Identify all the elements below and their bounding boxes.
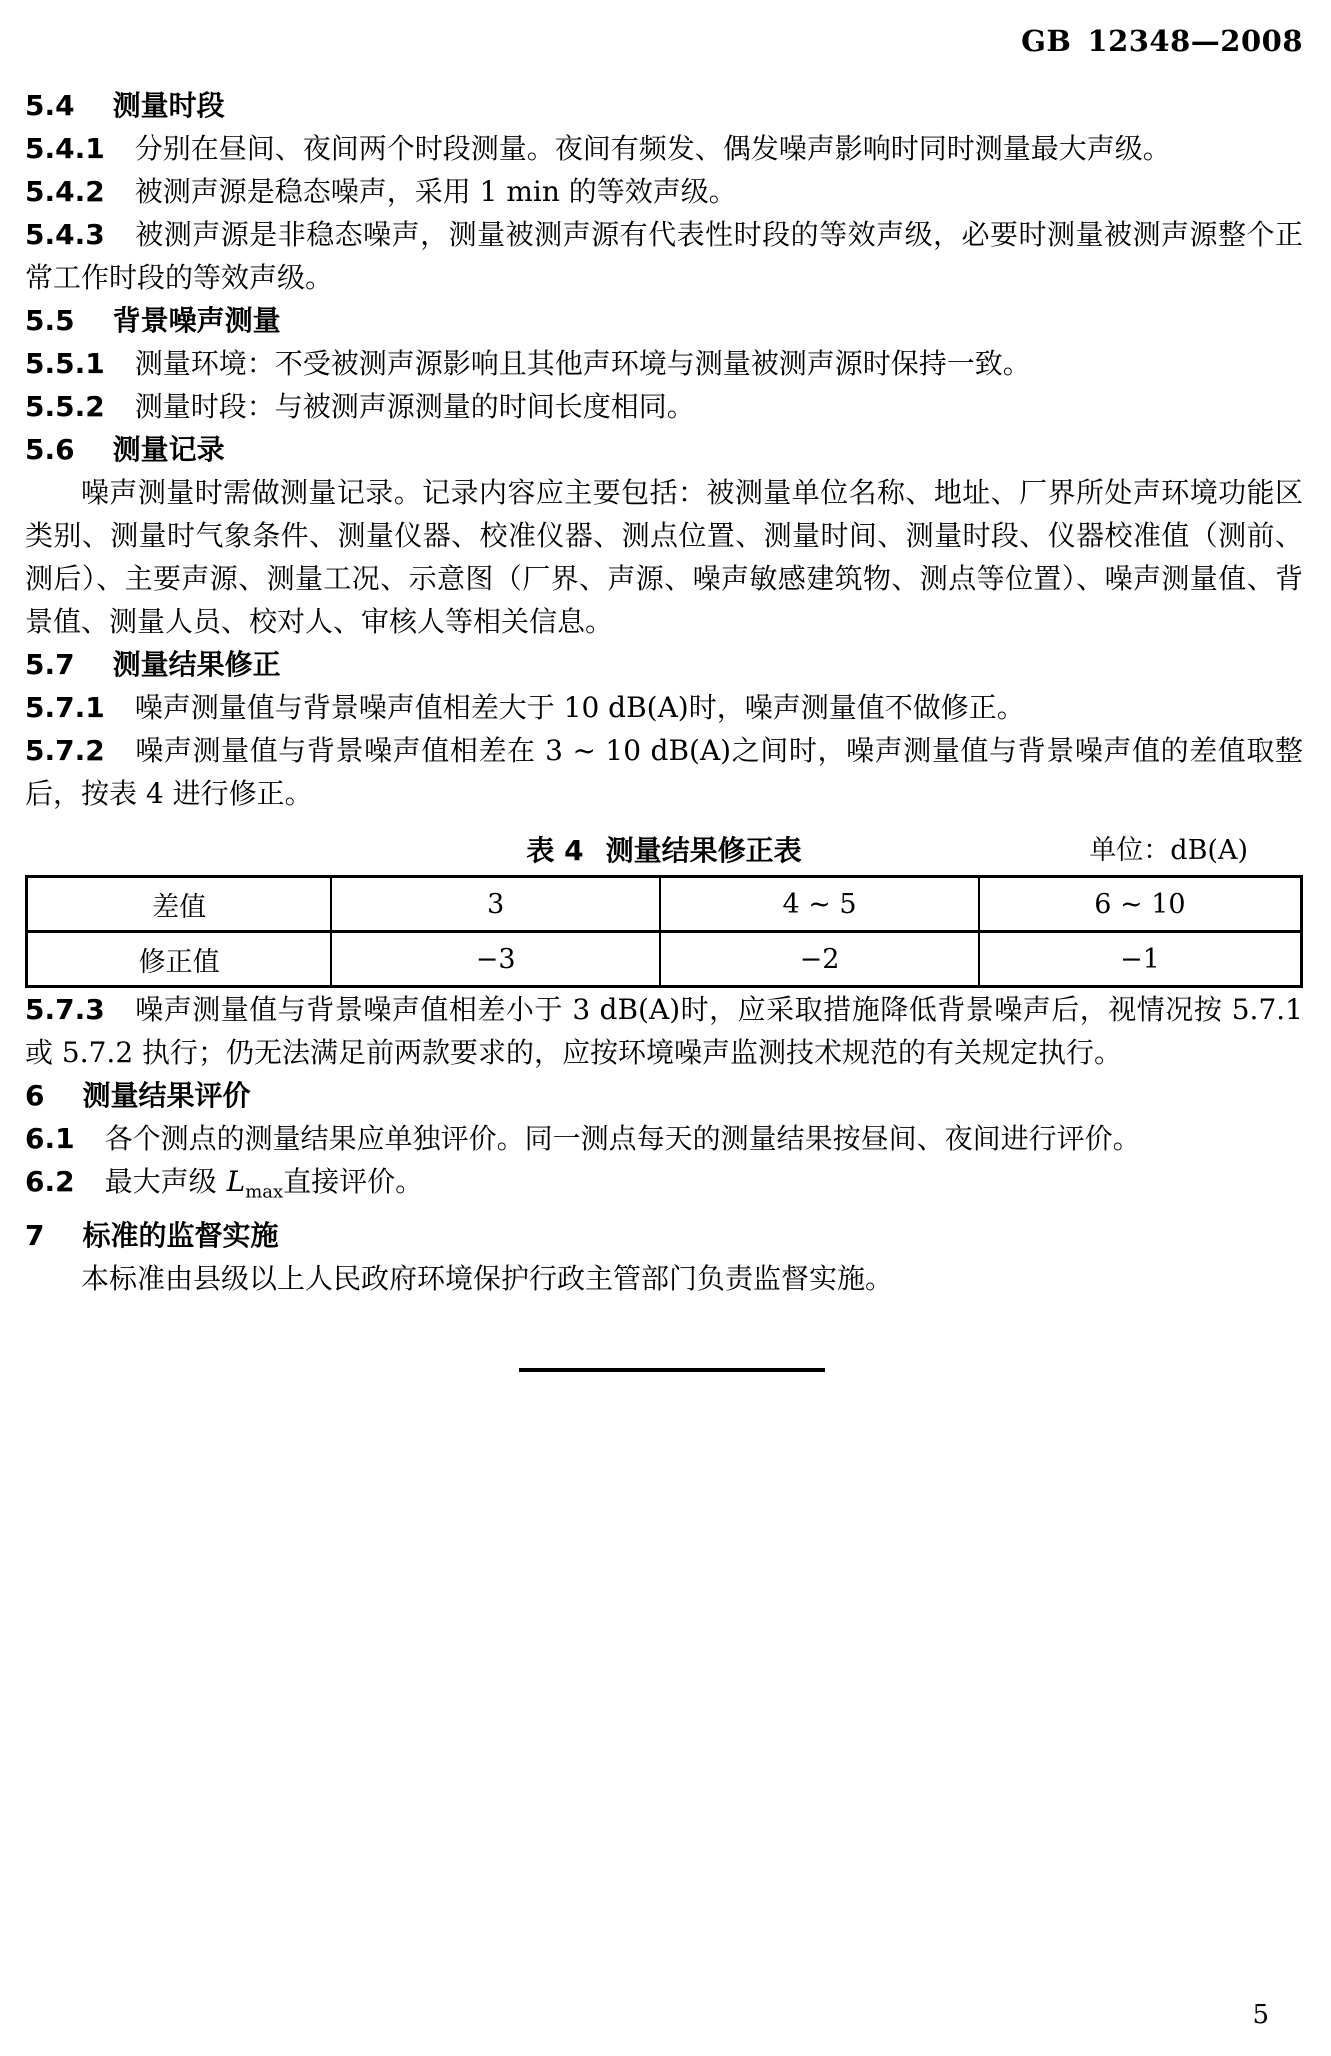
table-cell: 4 ~ 5 xyxy=(660,877,979,932)
clause-text: 测量时段：与被测声源测量的时间长度相同。 xyxy=(135,390,695,423)
table-cell: −3 xyxy=(331,932,660,987)
clause-5-7-2: 5.7.2噪声测量值与背景噪声值相差在 3 ~ 10 dB(A)之间时，噪声测量… xyxy=(25,729,1303,815)
end-of-document-rule xyxy=(519,1368,825,1372)
section-number: 5.4 xyxy=(25,89,75,122)
table-row: 修正值 −3 −2 −1 xyxy=(27,932,1302,987)
document-page: GB12348—2008 5.4测量时段 5.4.1分别在昼间、夜间两个时段测量… xyxy=(0,0,1331,2056)
document-body: 5.4测量时段 5.4.1分别在昼间、夜间两个时段测量。夜间有频发、偶发噪声影响… xyxy=(25,84,1303,1372)
section-number: 5.5 xyxy=(25,304,75,337)
section-heading-5-4: 5.4测量时段 xyxy=(25,84,1303,127)
clause-6-1: 6.1各个测点的测量结果应单独评价。同一测点每天的测量结果按昼间、夜间进行评价。 xyxy=(25,1117,1303,1160)
level-symbol-subscript: max xyxy=(245,1182,283,1203)
standard-code-number: 12348—2008 xyxy=(1087,24,1303,58)
chapter-number: 7 xyxy=(25,1219,44,1252)
section-heading-5-5: 5.5背景噪声测量 xyxy=(25,299,1303,342)
paragraph-7: 本标准由县级以上人民政府环境保护行政主管部门负责监督实施。 xyxy=(25,1257,1303,1300)
clause-number: 5.7.2 xyxy=(25,734,105,767)
clause-number: 5.5.2 xyxy=(25,390,105,423)
chapter-heading-6: 6测量结果评价 xyxy=(25,1074,1303,1117)
clause-number: 5.7.1 xyxy=(25,691,105,724)
clause-5-4-2: 5.4.2被测声源是稳态噪声，采用 1 min 的等效声级。 xyxy=(25,170,1303,213)
section-title: 背景噪声测量 xyxy=(113,304,281,337)
standard-code-header: GB12348—2008 xyxy=(1021,24,1303,58)
clause-5-7-3: 5.7.3噪声测量值与背景噪声值相差小于 3 dB(A)时，应采取措施降低背景噪… xyxy=(25,988,1303,1074)
clause-number: 6.2 xyxy=(25,1165,75,1198)
chapter-number: 6 xyxy=(25,1079,44,1112)
clause-text: 最大声级 xyxy=(105,1165,217,1198)
clause-number: 5.4.1 xyxy=(25,132,105,165)
clause-number: 6.1 xyxy=(25,1122,75,1155)
chapter-heading-7: 7标准的监督实施 xyxy=(25,1214,1303,1257)
table-4-unit-label: 单位：dB(A) xyxy=(1089,829,1248,872)
table-row: 差值 3 4 ~ 5 6 ~ 10 xyxy=(27,877,1302,932)
table-cell: −2 xyxy=(660,932,979,987)
clause-5-4-3: 5.4.3被测声源是非稳态噪声，测量被测声源有代表性时段的等效声级，必要时测量被… xyxy=(25,213,1303,299)
clause-number: 5.7.3 xyxy=(25,993,105,1026)
section-title: 测量结果修正 xyxy=(113,648,281,681)
clause-number: 5.5.1 xyxy=(25,347,105,380)
chapter-title: 标准的监督实施 xyxy=(82,1219,278,1252)
clause-number: 5.4.2 xyxy=(25,175,105,208)
clause-text: 直接评价。 xyxy=(283,1165,423,1198)
section-title: 测量记录 xyxy=(113,433,225,466)
clause-text: 被测声源是稳态噪声，采用 1 min 的等效声级。 xyxy=(135,175,737,208)
clause-5-4-1: 5.4.1分别在昼间、夜间两个时段测量。夜间有频发、偶发噪声影响时同时测量最大声… xyxy=(25,127,1303,170)
section-number: 5.6 xyxy=(25,433,75,466)
table-cell: 6 ~ 10 xyxy=(979,877,1302,932)
clause-5-5-1: 5.5.1测量环境：不受被测声源影响且其他声环境与测量被测声源时保持一致。 xyxy=(25,342,1303,385)
clause-text: 被测声源是非稳态噪声，测量被测声源有代表性时段的等效声级，必要时测量被测声源整个… xyxy=(25,218,1303,294)
section-heading-5-6: 5.6测量记录 xyxy=(25,428,1303,471)
section-title: 测量时段 xyxy=(113,89,225,122)
table-4: 差值 3 4 ~ 5 6 ~ 10 修正值 −3 −2 −1 xyxy=(25,875,1303,988)
standard-code-prefix: GB xyxy=(1021,24,1071,58)
chapter-title: 测量结果评价 xyxy=(82,1079,250,1112)
page-number: 5 xyxy=(1252,2000,1269,2030)
table-4-caption-label: 表 4 xyxy=(526,834,583,867)
clause-5-5-2: 5.5.2测量时段：与被测声源测量的时间长度相同。 xyxy=(25,385,1303,428)
clause-text: 分别在昼间、夜间两个时段测量。夜间有频发、偶发噪声影响时同时测量最大声级。 xyxy=(135,132,1171,165)
table-cell-row-label: 修正值 xyxy=(27,932,332,987)
clause-text: 测量环境：不受被测声源影响且其他声环境与测量被测声源时保持一致。 xyxy=(135,347,1031,380)
table-4-caption-row: 表 4测量结果修正表 单位：dB(A) xyxy=(25,829,1303,872)
clause-text: 噪声测量值与背景噪声值相差小于 3 dB(A)时，应采取措施降低背景噪声后，视情… xyxy=(25,993,1303,1069)
clause-text: 噪声测量值与背景噪声值相差在 3 ~ 10 dB(A)之间时，噪声测量值与背景噪… xyxy=(25,734,1303,810)
level-symbol: L xyxy=(227,1165,246,1198)
paragraph-5-6: 噪声测量时需做测量记录。记录内容应主要包括：被测量单位名称、地址、厂界所处声环境… xyxy=(25,471,1303,643)
table-4-caption-title: 测量结果修正表 xyxy=(606,834,802,867)
clause-number: 5.4.3 xyxy=(25,218,105,251)
table-cell-row-label: 差值 xyxy=(27,877,332,932)
table-cell: −1 xyxy=(979,932,1302,987)
section-number: 5.7 xyxy=(25,648,75,681)
table-cell: 3 xyxy=(331,877,660,932)
clause-text: 噪声测量值与背景噪声值相差大于 10 dB(A)时，噪声测量值不做修正。 xyxy=(135,691,1025,724)
section-heading-5-7: 5.7测量结果修正 xyxy=(25,643,1303,686)
clause-5-7-1: 5.7.1噪声测量值与背景噪声值相差大于 10 dB(A)时，噪声测量值不做修正… xyxy=(25,686,1303,729)
clause-text: 各个测点的测量结果应单独评价。同一测点每天的测量结果按昼间、夜间进行评价。 xyxy=(105,1122,1141,1155)
clause-6-2: 6.2最大声级Lmax直接评价。 xyxy=(25,1160,1303,1214)
